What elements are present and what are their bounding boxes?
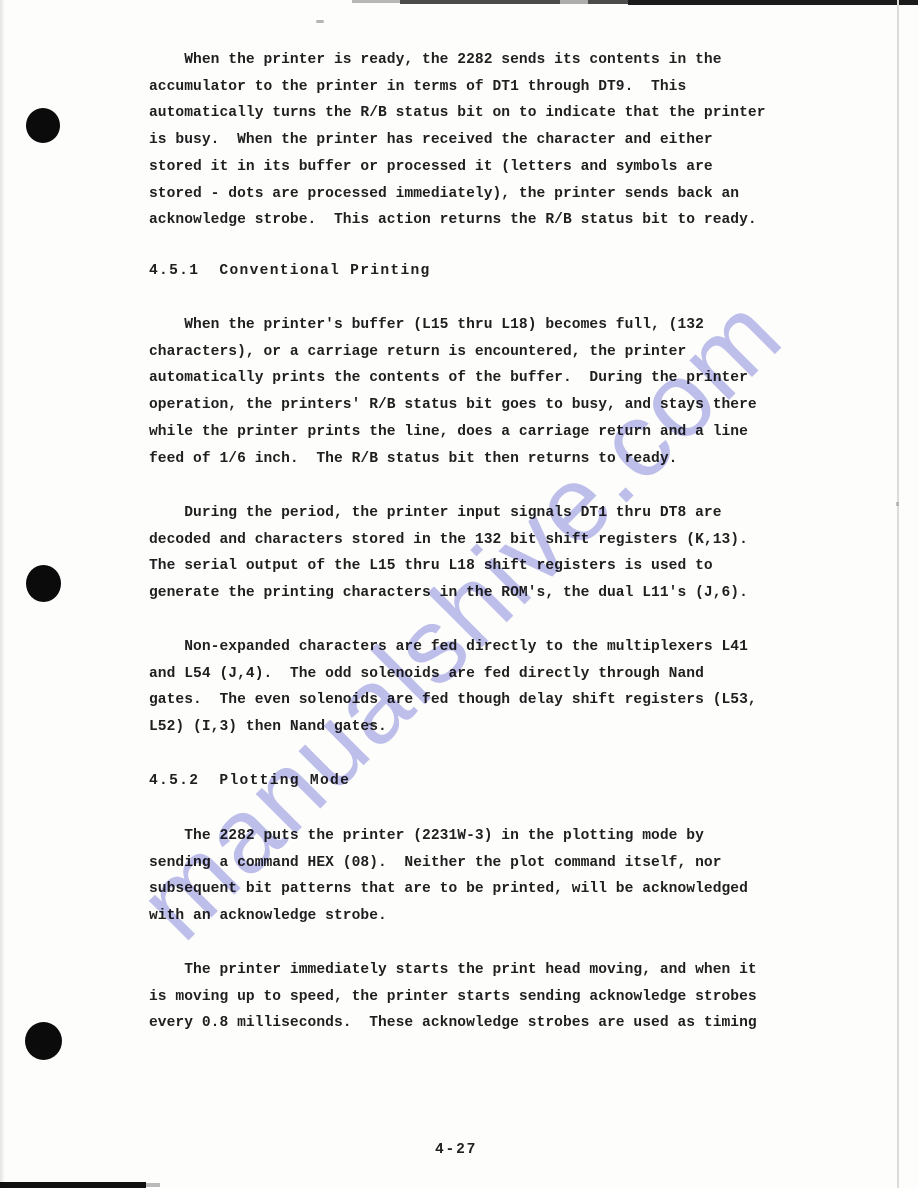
scan-edge-shade xyxy=(0,0,5,1188)
scan-edge-line xyxy=(897,0,899,1188)
scan-artifact-bottom-bar xyxy=(0,1182,146,1188)
scan-artifact-bottom-bar xyxy=(146,1183,160,1187)
binding-hole xyxy=(25,1022,62,1060)
paragraph-printer-ready: When the printer is ready, the 2282 send… xyxy=(149,47,766,234)
section-heading-conventional-printing: 4.5.1 Conventional Printing xyxy=(149,258,431,285)
scan-artifact-top-bar-gap xyxy=(560,0,588,5)
paragraph-print-head-moving: The printer immediately starts the print… xyxy=(149,957,757,1037)
scan-artifact-top-bar xyxy=(628,0,918,5)
scan-artifact-top-bar xyxy=(352,0,404,3)
paragraph-non-expanded-characters: Non-expanded characters are fed directly… xyxy=(149,634,757,741)
paragraph-buffer-full: When the printer's buffer (L15 thru L18)… xyxy=(149,312,757,472)
scan-speck xyxy=(316,20,324,23)
paragraph-shift-registers: During the period, the printer input sig… xyxy=(149,500,748,607)
section-heading-plotting-mode: 4.5.2 Plotting Mode xyxy=(149,768,350,795)
scan-artifact-top-bar xyxy=(400,0,632,4)
page-number: 4-27 xyxy=(435,1137,477,1164)
binding-hole xyxy=(26,108,60,143)
paragraph-plotting-mode-command: The 2282 puts the printer (2231W-3) in t… xyxy=(149,823,748,930)
scan-speck xyxy=(896,502,899,506)
scanned-page: When the printer is ready, the 2282 send… xyxy=(0,0,918,1188)
binding-hole xyxy=(26,565,61,602)
